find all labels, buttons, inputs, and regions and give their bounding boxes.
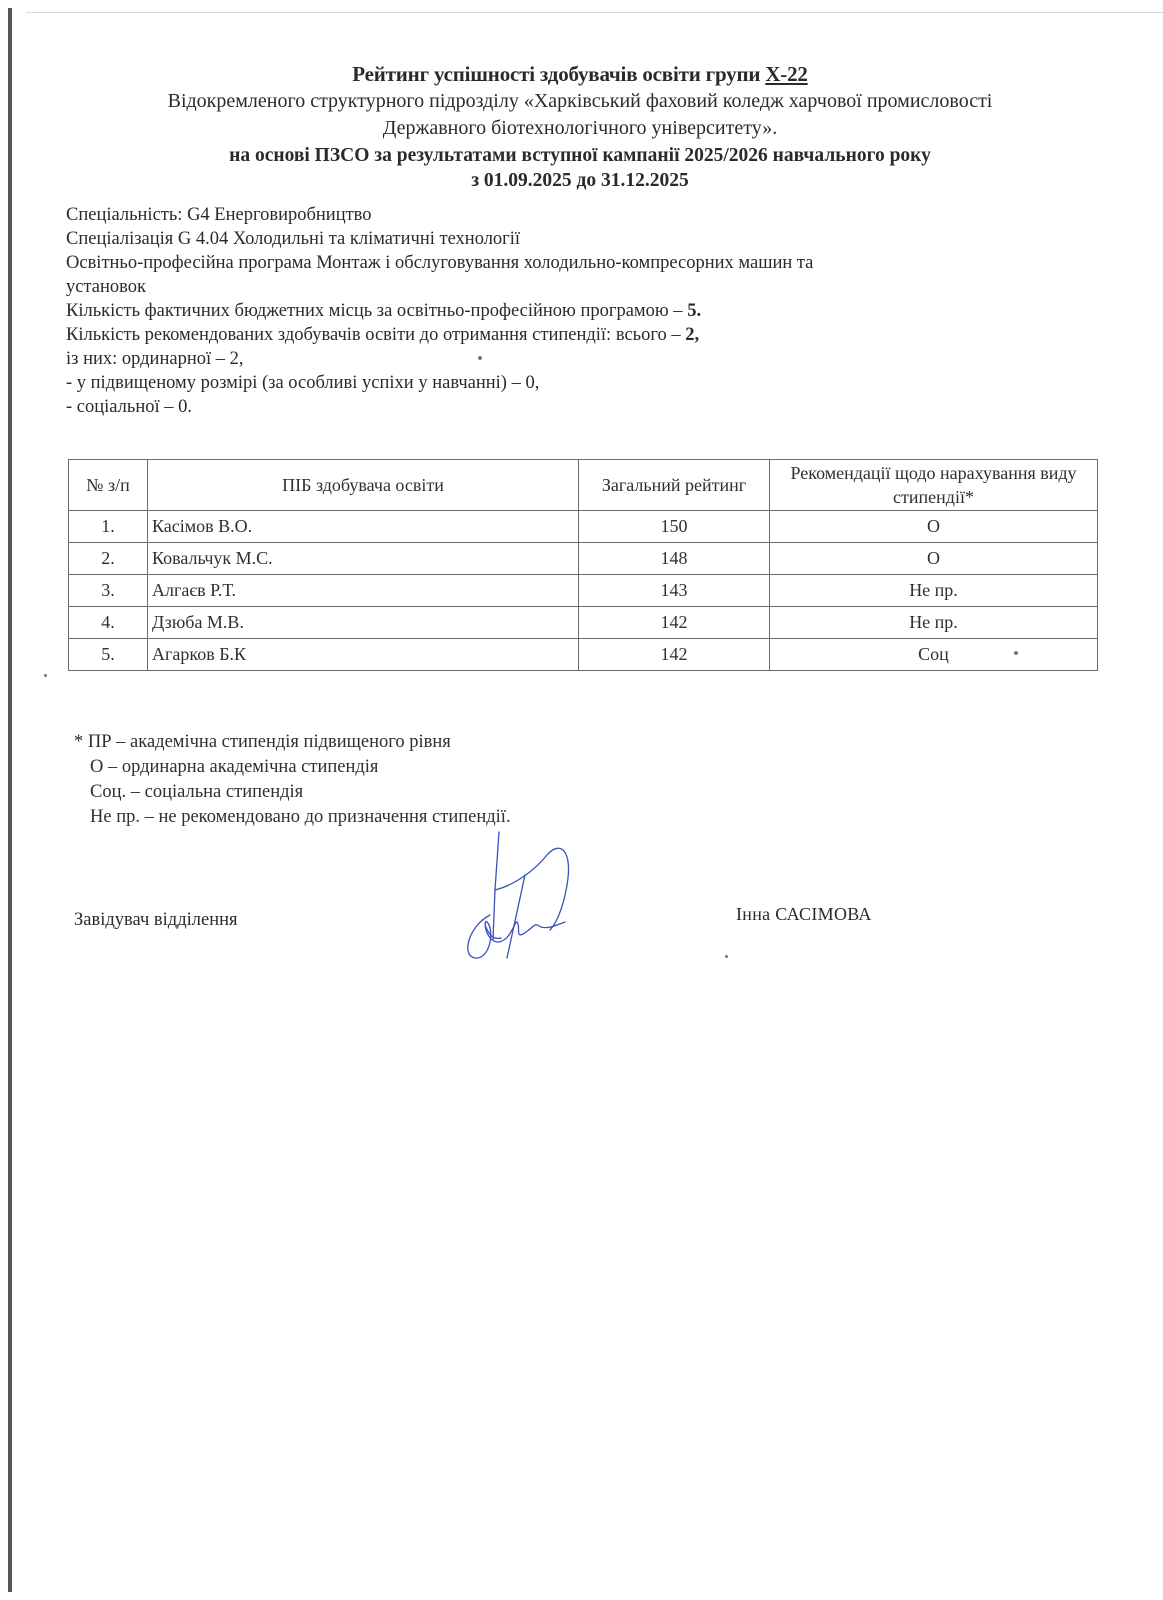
program-info: Спеціальність: G4 Енерговиробництво Спец… <box>66 203 813 419</box>
scan-speck <box>1014 651 1018 655</box>
legend-soc: Соц. – соціальна стипендія <box>74 780 511 805</box>
row-number: 5. <box>69 639 148 671</box>
total-rating: 150 <box>579 511 770 543</box>
specialty: Спеціальність: G4 Енерговиробництво <box>66 203 813 227</box>
signatory-name: Інна САСІМОВА <box>736 904 872 925</box>
col-number: № з/п <box>69 460 148 511</box>
recommended-label: Кількість рекомендованих здобувачів осві… <box>66 325 681 345</box>
table-row: 1.Касімов В.О.150О <box>69 511 1098 543</box>
table-row: 2.Ковальчук М.С.148О <box>69 543 1098 575</box>
scholarship-recommendation: Соц <box>770 639 1098 671</box>
program-line-2: установок <box>66 275 813 299</box>
handwritten-signature-icon <box>455 830 585 965</box>
signatory-role: Завідувач відділення <box>74 910 238 931</box>
table-row: 4.Дзюба М.В.142Не пр. <box>69 607 1098 639</box>
table-row: 5.Агарков Б.К142Соц <box>69 639 1098 671</box>
scholarship-recommendation: О <box>770 543 1098 575</box>
row-number: 3. <box>69 575 148 607</box>
student-name: Ковальчук М.С. <box>148 543 579 575</box>
budget-places-label: Кількість фактичних бюджетних місць за о… <box>66 301 683 321</box>
table-header-row: № з/п ПІБ здобувача освіти Загальний рей… <box>69 460 1098 511</box>
scan-edge <box>8 8 12 1592</box>
institution-line-2: Державного біотехнологічного університет… <box>60 117 1100 140</box>
total-rating: 143 <box>579 575 770 607</box>
budget-places: Кількість фактичних бюджетних місць за о… <box>66 299 813 323</box>
student-name: Касімов В.О. <box>148 511 579 543</box>
social-count: - соціальної – 0. <box>66 395 813 419</box>
program-line-1: Освітньо-професійна програма Монтаж і об… <box>66 251 813 275</box>
legend: * ПР – академічна стипендія підвищеного … <box>74 730 511 830</box>
total-rating: 142 <box>579 639 770 671</box>
legend-ne-pr: Не пр. – не рекомендовано до призначення… <box>74 805 511 830</box>
recommended-value: 2, <box>685 325 699 345</box>
recommended-count: Кількість рекомендованих здобувачів осві… <box>66 323 813 347</box>
rating-table: № з/п ПІБ здобувача освіти Загальний рей… <box>68 459 1098 671</box>
row-number: 4. <box>69 607 148 639</box>
ordinary-count: із них: ординарної – 2, <box>66 347 813 371</box>
legend-pr: * ПР – академічна стипендія підвищеного … <box>74 730 511 755</box>
budget-places-value: 5. <box>687 301 701 321</box>
period-line: з 01.09.2025 до 31.12.2025 <box>60 170 1100 192</box>
table-row: 3.Алгаєв Р.Т.143Не пр. <box>69 575 1098 607</box>
col-score: Загальний рейтинг <box>579 460 770 511</box>
total-rating: 148 <box>579 543 770 575</box>
scan-speck <box>725 955 728 958</box>
student-name: Дзюба М.В. <box>148 607 579 639</box>
row-number: 1. <box>69 511 148 543</box>
institution-line-1: Відокремленого структурного підрозділу «… <box>60 90 1100 113</box>
increased-count: - у підвищеному розмірі (за особливі усп… <box>66 371 813 395</box>
scholarship-recommendation: О <box>770 511 1098 543</box>
col-recommendation: Рекомендації щодо нарахування виду стипе… <box>770 460 1098 511</box>
scholarship-recommendation: Не пр. <box>770 607 1098 639</box>
scan-speck <box>478 356 482 360</box>
student-name: Агарков Б.К <box>148 639 579 671</box>
scan-top-line <box>26 12 1163 13</box>
document-title: Рейтинг успішності здобувачів освіти гру… <box>60 62 1100 87</box>
scholarship-recommendation: Не пр. <box>770 575 1098 607</box>
title-text: Рейтинг успішності здобувачів освіти гру… <box>352 62 760 86</box>
scan-speck <box>44 674 47 677</box>
specialization: Спеціалізація G 4.04 Холодильні та кліма… <box>66 227 813 251</box>
total-rating: 142 <box>579 607 770 639</box>
student-name: Алгаєв Р.Т. <box>148 575 579 607</box>
legend-o: О – ординарна академічна стипендія <box>74 755 511 780</box>
col-name: ПІБ здобувача освіти <box>148 460 579 511</box>
row-number: 2. <box>69 543 148 575</box>
basis-line: на основі ПЗСО за результатами вступної … <box>60 145 1100 167</box>
group-code: Х-22 <box>765 62 807 86</box>
